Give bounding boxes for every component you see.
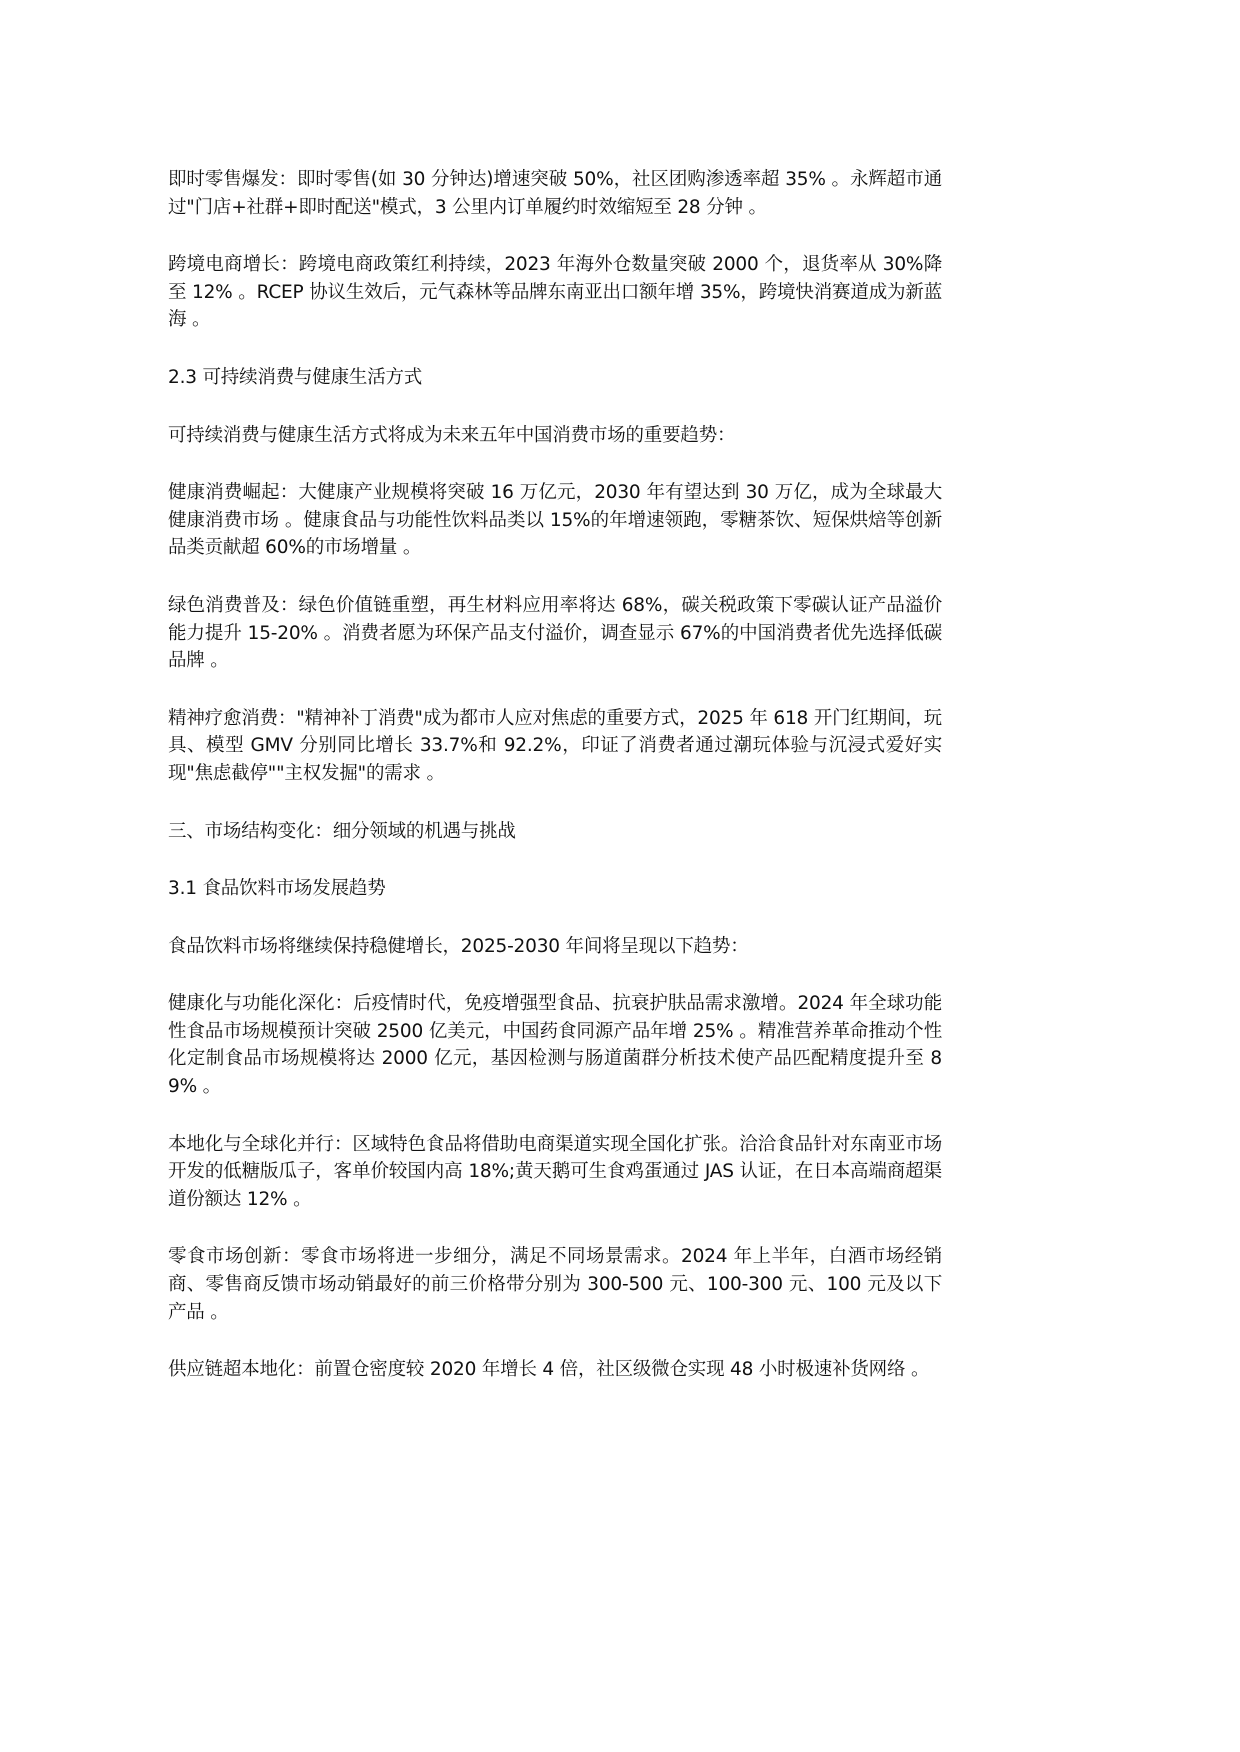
paragraph-health-functional: 健康化与功能化深化：后疫情时代，免疫增强型食品、抗衰护肤品需求激增。2024 年…	[168, 990, 942, 1100]
paragraph-health-consumption: 健康消费崛起：大健康产业规模将突破 16 万亿元，2030 年有望达到 30 万…	[168, 479, 942, 562]
section-heading-3-1: 3.1 食品饮料市场发展趋势	[168, 875, 942, 903]
paragraph-spiritual-healing: 精神疗愈消费："精神补丁消费"成为都市人应对焦虑的重要方式，2025 年 618…	[168, 705, 942, 788]
paragraph-snack-innovation: 零食市场创新：零食市场将进一步细分，满足不同场景需求。2024 年上半年，白酒市…	[168, 1243, 942, 1326]
chapter-heading-3: 三、市场结构变化：细分领域的机遇与挑战	[168, 818, 942, 846]
paragraph-food-beverage-intro: 食品饮料市场将继续保持稳健增长，2025-2030 年间将呈现以下趋势：	[168, 933, 942, 961]
document-page: 即时零售爆发：即时零售(如 30 分钟达)增速突破 50%，社区团购渗透率超 3…	[168, 166, 942, 1414]
paragraph-sustainable-intro: 可持续消费与健康生活方式将成为未来五年中国消费市场的重要趋势：	[168, 422, 942, 450]
paragraph-green-consumption: 绿色消费普及：绿色价值链重塑，再生材料应用率将达 68%，碳关税政策下零碳认证产…	[168, 592, 942, 675]
paragraph-supply-chain: 供应链超本地化：前置仓密度较 2020 年增长 4 倍，社区级微仓实现 48 小…	[168, 1356, 942, 1384]
section-heading-2-3: 2.3 可持续消费与健康生活方式	[168, 364, 942, 392]
paragraph-cross-border-ecommerce: 跨境电商增长：跨境电商政策红利持续，2023 年海外仓数量突破 2000 个，退…	[168, 251, 942, 334]
paragraph-instant-retail: 即时零售爆发：即时零售(如 30 分钟达)增速突破 50%，社区团购渗透率超 3…	[168, 166, 942, 221]
paragraph-localization-globalization: 本地化与全球化并行：区域特色食品将借助电商渠道实现全国化扩张。洽洽食品针对东南亚…	[168, 1131, 942, 1214]
